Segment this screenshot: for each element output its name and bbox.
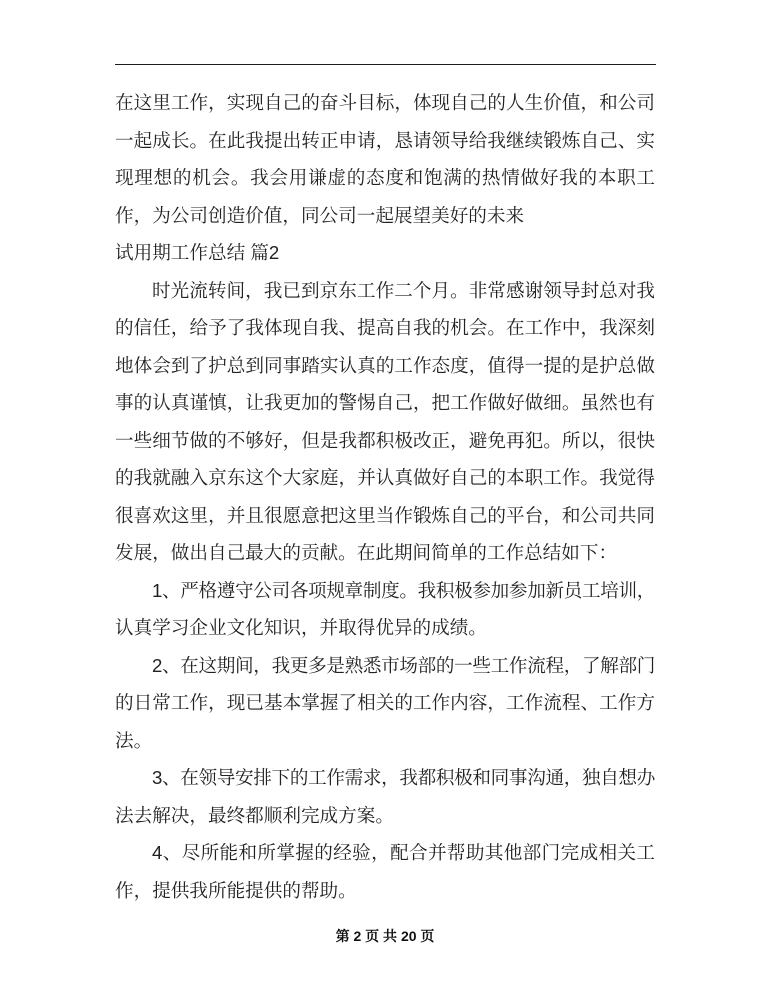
- document-page: 在这里工作，实现自己的奋斗目标，体现自己的人生价值，和公司 一起成长。在此我提出…: [0, 0, 770, 1000]
- list-item-line: 作，提供我所能提供的帮助。: [115, 872, 655, 910]
- body-text-line: 现理想的机会。我会用谦虚的态度和饱满的热情做好我的本职工: [115, 159, 655, 197]
- document-body: 在这里工作，实现自己的奋斗目标，体现自己的人生价值，和公司 一起成长。在此我提出…: [115, 84, 655, 909]
- body-text-line: 的信任，给予了我体现自我、提高自我的机会。在工作中，我深刻: [115, 309, 655, 347]
- list-item-line: 认真学习企业文化知识，并取得优异的成绩。: [115, 609, 655, 647]
- list-item-line: 4、尽所能和所掌握的经验，配合并帮助其他部门完成相关工: [115, 834, 655, 872]
- body-text-line: 一些细节做的不够好，但是我都积极改正，避免再犯。所以，很快: [115, 422, 655, 460]
- header-rule: [115, 64, 656, 65]
- list-item-line: 法。: [115, 722, 655, 760]
- body-text-line: 在这里工作，实现自己的奋斗目标，体现自己的人生价值，和公司: [115, 84, 655, 122]
- list-item-line: 法去解决，最终都顺利完成方案。: [115, 797, 655, 835]
- list-item-line: 3、在领导安排下的工作需求，我都积极和同事沟通，独自想办: [115, 759, 655, 797]
- list-item-line: 1、严格遵守公司各项规章制度。我积极参加参加新员工培训，: [115, 572, 655, 610]
- body-text-line: 地体会到了护总到同事踏实认真的工作态度，值得一提的是护总做: [115, 347, 655, 385]
- section-heading: 试用期工作总结 篇2: [115, 234, 655, 272]
- body-text-line: 很喜欢这里，并且很愿意把这里当作锻炼自己的平台，和公司共同: [115, 497, 655, 535]
- body-text-line: 发展，做出自己最大的贡献。在此期间简单的工作总结如下：: [115, 534, 655, 572]
- body-text-line: 事的认真谨慎，让我更加的警惕自己，把工作做好做细。虽然也有: [115, 384, 655, 422]
- body-text-line: 作，为公司创造价值，同公司一起展望美好的未来: [115, 197, 655, 235]
- body-text-line: 时光流转间，我已到京东工作二个月。非常感谢领导封总对我: [115, 272, 655, 310]
- body-text-line: 一起成长。在此我提出转正申请，恳请领导给我继续锻炼自己、实: [115, 122, 655, 160]
- body-text-line: 的我就融入京东这个大家庭，并认真做好自己的本职工作。我觉得: [115, 459, 655, 497]
- list-item-line: 2、在这期间，我更多是熟悉市场部的一些工作流程，了解部门: [115, 647, 655, 685]
- list-item-line: 的日常工作，现已基本掌握了相关的工作内容，工作流程、工作方: [115, 684, 655, 722]
- footer-page-number: 第 2 页 共 20 页: [0, 926, 770, 946]
